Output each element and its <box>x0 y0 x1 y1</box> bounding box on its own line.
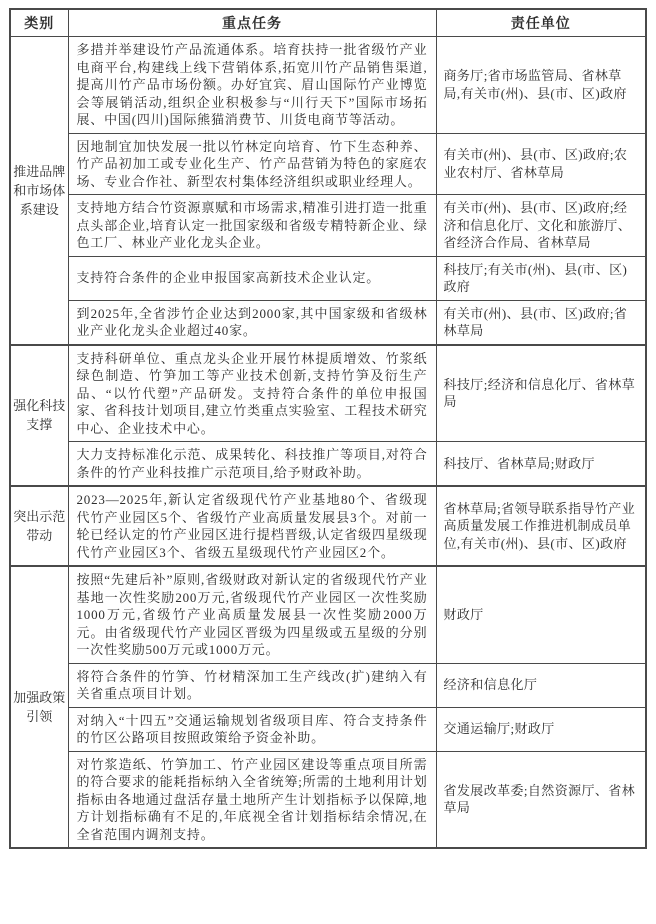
unit-cell: 省发展改革委;自然资源厅、省林草局 <box>436 751 646 848</box>
table-row: 强化科技支撑支持科研单位、重点龙头企业开展竹林提质增效、竹浆纸绿色制造、竹笋加工… <box>10 345 646 442</box>
unit-cell: 有关市(州)、县(市、区)政府;农业农村厅、省林草局 <box>436 133 646 195</box>
table-row: 加强政策引领按照“先建后补”原则,省级财政对新认定的省级现代竹产业基地一次性奖励… <box>10 566 646 663</box>
unit-cell: 交通运输厅;财政厅 <box>436 707 646 751</box>
category-cell: 推进品牌和市场体系建设 <box>10 37 68 345</box>
task-cell: 支持地方结合竹资源禀赋和市场需求,精准引进打造一批重点头部企业,培育认定一批国家… <box>68 195 436 257</box>
table-row: 将符合条件的竹笋、竹材精深加工生产线改(扩)建纳入有关省重点项目计划。 经济和信… <box>10 663 646 707</box>
task-cell: 到2025年,全省涉竹企业达到2000家,其中国家级和省级林业产业化龙头企业超过… <box>68 300 436 345</box>
task-cell: 按照“先建后补”原则,省级财政对新认定的省级现代竹产业基地一次性奖励200万元,… <box>68 566 436 663</box>
table-row: 支持地方结合竹资源禀赋和市场需求,精准引进打造一批重点头部企业,培育认定一批国家… <box>10 195 646 257</box>
table-row: 大力支持标准化示范、成果转化、科技推广等项目,对符合条件的竹产业科技推广示范项目… <box>10 442 646 487</box>
task-cell: 将符合条件的竹笋、竹材精深加工生产线改(扩)建纳入有关省重点项目计划。 <box>68 663 436 707</box>
table-row: 到2025年,全省涉竹企业达到2000家,其中国家级和省级林业产业化龙头企业超过… <box>10 300 646 345</box>
unit-cell: 科技厅、省林草局;财政厅 <box>436 442 646 487</box>
unit-cell: 有关市(州)、县(市、区)政府;经济和信息化厅、文化和旅游厅、省经济合作局、省林… <box>436 195 646 257</box>
task-cell: 多措并举建设竹产品流通体系。培育扶持一批省级竹产业电商平台,构建线上线下营销体系… <box>68 37 436 134</box>
table-row: 突出示范带动2023—2025年,新认定省级现代竹产业基地80个、省级现代竹产业… <box>10 486 646 566</box>
task-cell: 对竹浆造纸、竹笋加工、竹产业园区建设等重点项目所需的符合要求的能耗指标纳入全省统… <box>68 751 436 848</box>
unit-cell: 商务厅;省市场监管局、省林草局,有关市(州)、县(市、区)政府 <box>436 37 646 134</box>
header-unit: 责任单位 <box>436 9 646 37</box>
table-row: 对纳入“十四五”交通运输规划省级项目库、符合支持条件的竹区公路项目按照政策给予资… <box>10 707 646 751</box>
task-cell: 因地制宜加快发展一批以竹林定向培育、竹下生态种养、竹产品初加工或专业化生产、竹产… <box>68 133 436 195</box>
table-row: 对竹浆造纸、竹笋加工、竹产业园区建设等重点项目所需的符合要求的能耗指标纳入全省统… <box>10 751 646 848</box>
unit-cell: 科技厅;经济和信息化厅、省林草局 <box>436 345 646 442</box>
header-category: 类别 <box>10 9 68 37</box>
unit-cell: 省林草局;省领导联系指导竹产业高质量发展工作推进机制成员单位,有关市(州)、县(… <box>436 486 646 566</box>
category-cell: 强化科技支撑 <box>10 345 68 487</box>
document-page: 类别 重点任务 责任单位 推进品牌和市场体系建设多措并举建设竹产品流通体系。培育… <box>0 0 656 924</box>
table-row: 支持符合条件的企业申报国家高新技术企业认定。 科技厅;有关市(州)、县(市、区)… <box>10 256 646 300</box>
table-row: 因地制宜加快发展一批以竹林定向培育、竹下生态种养、竹产品初加工或专业化生产、竹产… <box>10 133 646 195</box>
task-cell: 大力支持标准化示范、成果转化、科技推广等项目,对符合条件的竹产业科技推广示范项目… <box>68 442 436 487</box>
unit-cell: 科技厅;有关市(州)、县(市、区)政府 <box>436 256 646 300</box>
header-task: 重点任务 <box>68 9 436 37</box>
task-table: 类别 重点任务 责任单位 推进品牌和市场体系建设多措并举建设竹产品流通体系。培育… <box>9 8 647 849</box>
unit-cell: 有关市(州)、县(市、区)政府;省林草局 <box>436 300 646 345</box>
task-cell: 对纳入“十四五”交通运输规划省级项目库、符合支持条件的竹区公路项目按照政策给予资… <box>68 707 436 751</box>
table-body: 推进品牌和市场体系建设多措并举建设竹产品流通体系。培育扶持一批省级竹产业电商平台… <box>10 37 646 849</box>
task-cell: 2023—2025年,新认定省级现代竹产业基地80个、省级现代竹产业园区5个、省… <box>68 486 436 566</box>
task-cell: 支持符合条件的企业申报国家高新技术企业认定。 <box>68 256 436 300</box>
category-cell: 突出示范带动 <box>10 486 68 566</box>
category-cell: 加强政策引领 <box>10 566 68 848</box>
task-cell: 支持科研单位、重点龙头企业开展竹林提质增效、竹浆纸绿色制造、竹笋加工等产业技术创… <box>68 345 436 442</box>
table-header: 类别 重点任务 责任单位 <box>10 9 646 37</box>
table-row: 推进品牌和市场体系建设多措并举建设竹产品流通体系。培育扶持一批省级竹产业电商平台… <box>10 37 646 134</box>
unit-cell: 经济和信息化厅 <box>436 663 646 707</box>
unit-cell: 财政厅 <box>436 566 646 663</box>
